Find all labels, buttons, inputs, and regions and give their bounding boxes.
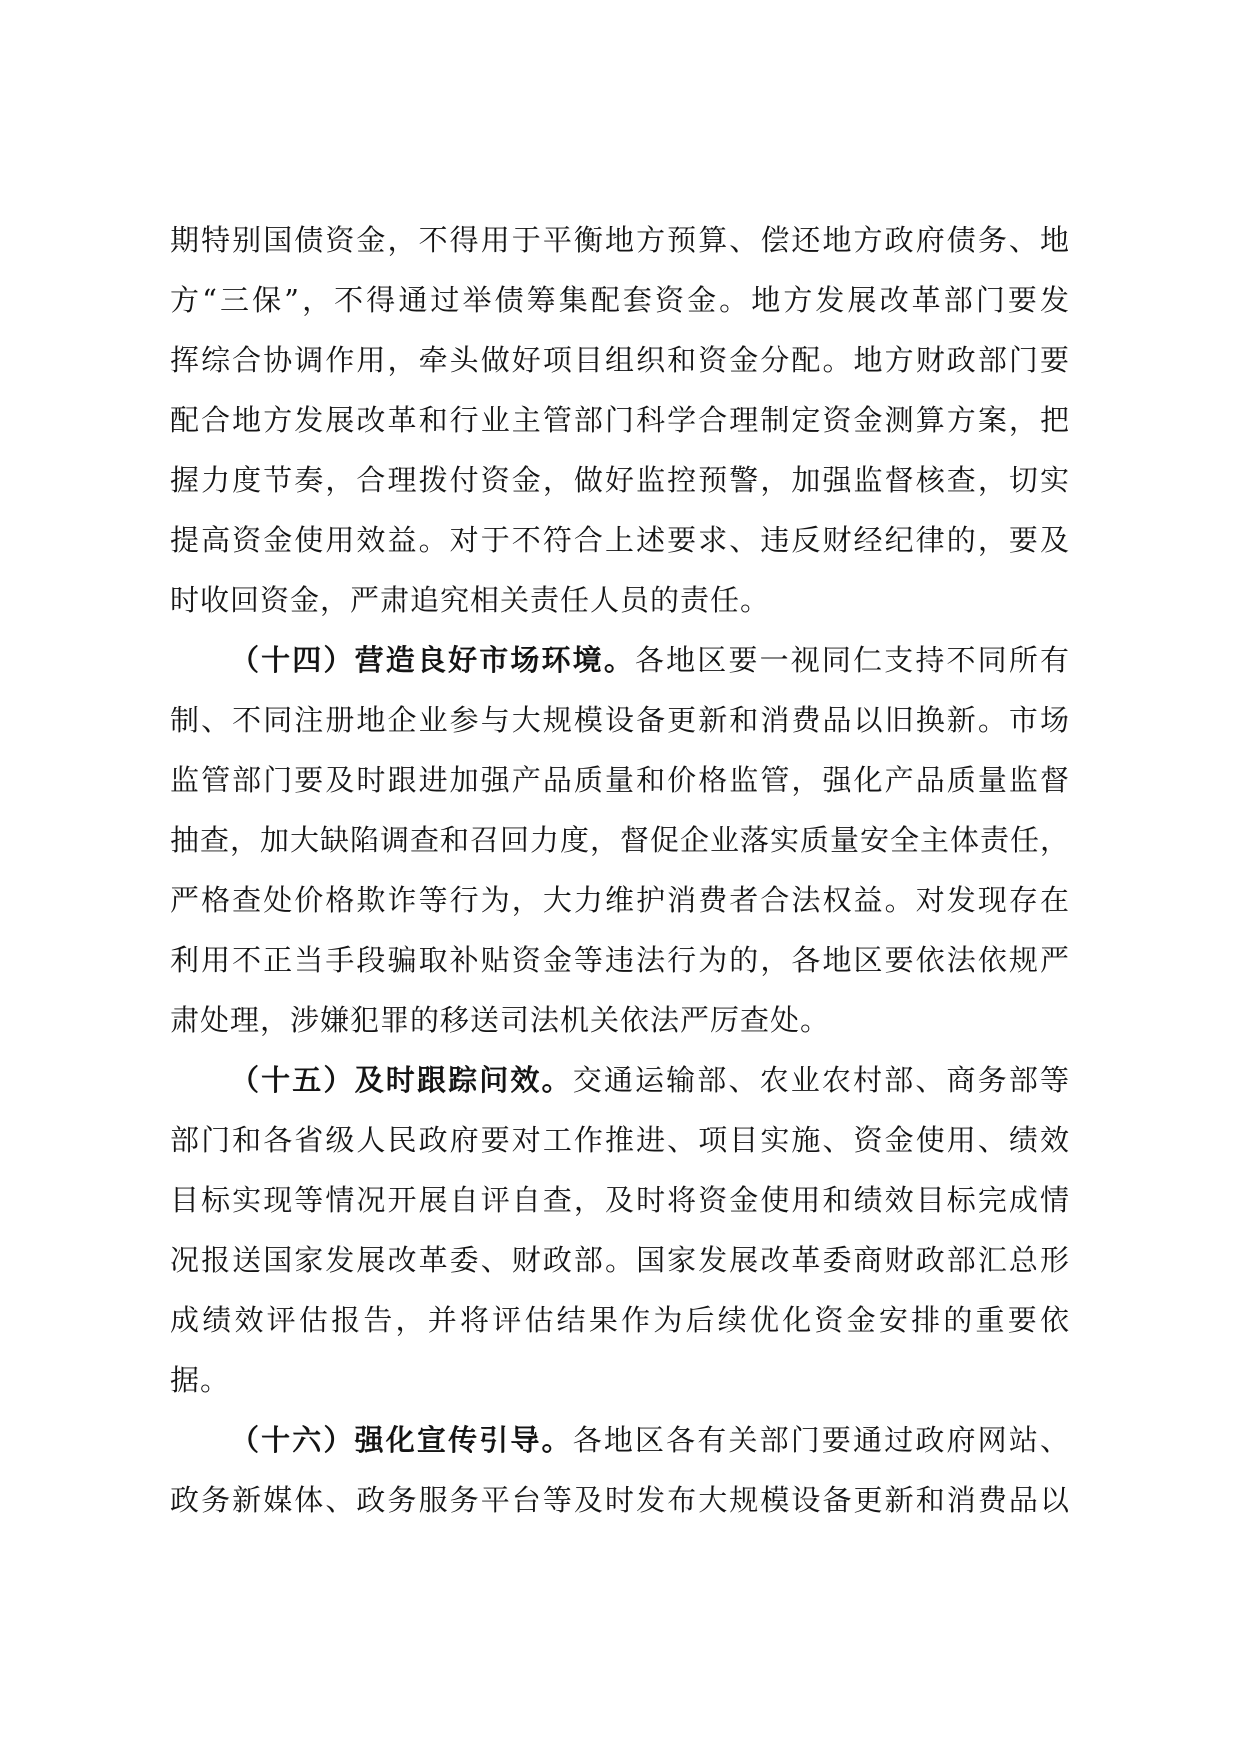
text-line-segment: 各地区各有关部门要通过政府网站、	[573, 1423, 1070, 1457]
text-line: 挥综合协调作用，牵头做好项目组织和资金分配。地方财政部门要	[170, 330, 1070, 390]
text-line: （十五）及时跟踪问效。交通运输部、农业农村部、商务部等	[170, 1050, 1070, 1110]
text-line: 监管部门要及时跟进加强产品质量和价格监管，强化产品质量监督	[170, 750, 1070, 810]
section-heading-16: （十六）强化宣传引导。	[230, 1423, 573, 1457]
text-line: 肃处理，涉嫌犯罪的移送司法机关依法严厉查处。	[170, 990, 1070, 1050]
text-line: 部门和各省级人民政府要对工作推进、项目实施、资金使用、绩效	[170, 1110, 1070, 1170]
text-line-segment: 各地区要一视同仁支持不同所有	[635, 643, 1070, 677]
text-line: 提高资金使用效益。对于不符合上述要求、违反财经纪律的，要及	[170, 510, 1070, 570]
document-body-text: 期特别国债资金，不得用于平衡地方预算、偿还地方政府债务、地 方“三保”，不得通过…	[170, 210, 1070, 1530]
section-heading-15: （十五）及时跟踪问效。	[230, 1063, 573, 1097]
text-line: 据。	[170, 1350, 1070, 1410]
text-line: 抽查，加大缺陷调查和召回力度，督促企业落实质量安全主体责任，	[170, 810, 1070, 870]
text-line: 配合地方发展改革和行业主管部门科学合理制定资金测算方案，把	[170, 390, 1070, 450]
text-line: 目标实现等情况开展自评自查，及时将资金使用和绩效目标完成情	[170, 1170, 1070, 1230]
text-line: 严格查处价格欺诈等行为，大力维护消费者合法权益。对发现存在	[170, 870, 1070, 930]
text-line: （十六）强化宣传引导。各地区各有关部门要通过政府网站、	[170, 1410, 1070, 1470]
text-line: 利用不正当手段骗取补贴资金等违法行为的，各地区要依法依规严	[170, 930, 1070, 990]
text-line: 成绩效评估报告，并将评估结果作为后续优化资金安排的重要依	[170, 1290, 1070, 1350]
text-line: （十四）营造良好市场环境。各地区要一视同仁支持不同所有	[170, 630, 1070, 690]
text-line: 握力度节奏，合理拨付资金，做好监控预警，加强监督核查，切实	[170, 450, 1070, 510]
text-line: 况报送国家发展改革委、财政部。国家发展改革委商财政部汇总形	[170, 1230, 1070, 1290]
text-line: 制、不同注册地企业参与大规模设备更新和消费品以旧换新。市场	[170, 690, 1070, 750]
text-line-segment: 交通运输部、农业农村部、商务部等	[573, 1063, 1070, 1097]
text-line: 方“三保”，不得通过举债筹集配套资金。地方发展改革部门要发	[170, 270, 1070, 330]
section-heading-14: （十四）营造良好市场环境。	[230, 643, 635, 677]
text-line: 政务新媒体、政务服务平台等及时发布大规模设备更新和消费品以	[170, 1470, 1070, 1530]
document-page: 期特别国债资金，不得用于平衡地方预算、偿还地方政府债务、地 方“三保”，不得通过…	[0, 0, 1240, 1753]
text-line: 期特别国债资金，不得用于平衡地方预算、偿还地方政府债务、地	[170, 210, 1070, 270]
text-line: 时收回资金，严肃追究相关责任人员的责任。	[170, 570, 1070, 630]
